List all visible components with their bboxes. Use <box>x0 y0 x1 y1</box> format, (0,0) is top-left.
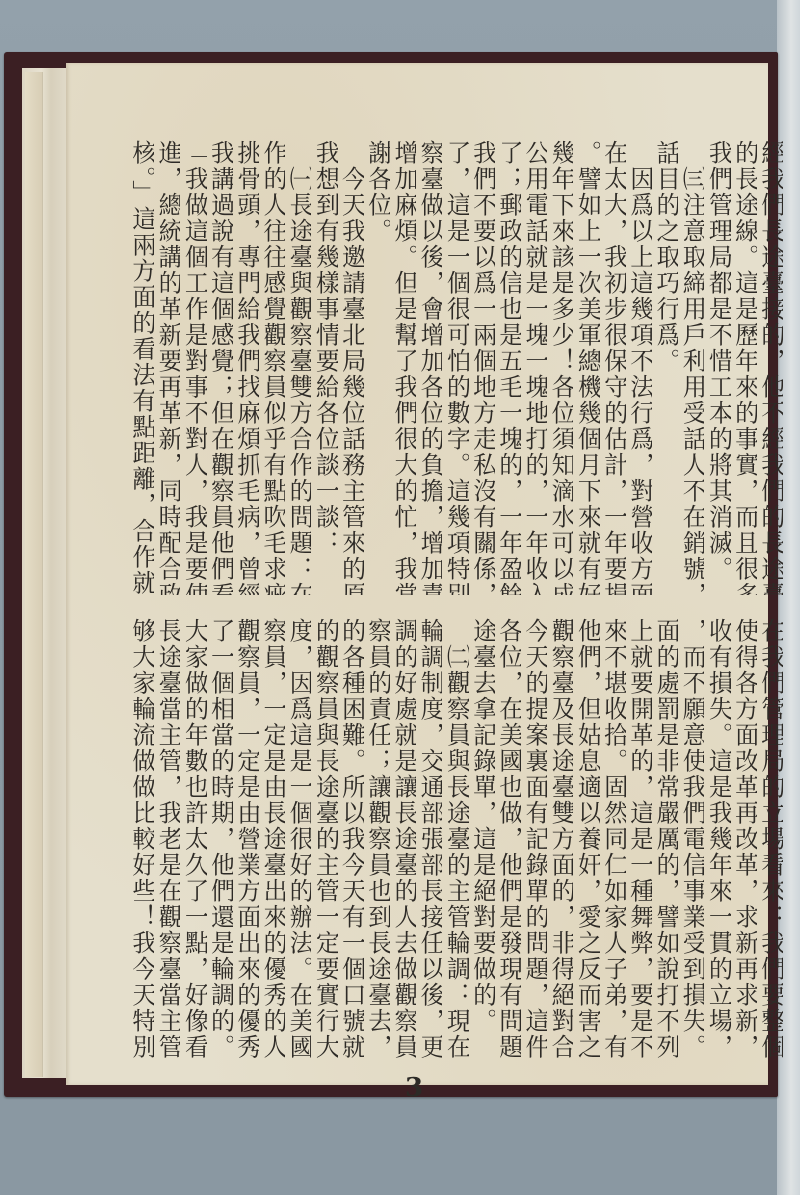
text-column: ㈢注意取締用戶利用受話人不在銷號，達成其通 <box>680 140 704 595</box>
text-column: 。譬如上一次美軍總機幾個月下來就有好幾百萬元， <box>575 140 599 595</box>
text-column: 今天我邀請臺北局幾位話務主管來的原因，因爲 <box>340 140 364 595</box>
text-column: 面的處罰是非常嚴厲的，譬如說打不列號電話這是馬 <box>654 618 678 1058</box>
text-column: 我們管理局都是不惜工本的將其消滅。 <box>706 140 730 595</box>
text-column: 輪調制度，交通部張部長接任以後，更力促實施。輪 <box>418 618 442 1058</box>
text-column: 核。」這兩方面的看法有點距離，合作就不够理想。 <box>130 140 154 595</box>
text-column: 我講過說有這個感覺；但在觀察員他們看來認爲是： <box>209 140 233 595</box>
text-column: 察臺做以後，會增加各位的負擔，增加責任，同時也 <box>418 140 442 595</box>
text-column: 增加麻煩。但是幫了我們很大的忙，我當然要特別感 <box>392 140 416 595</box>
text-column: ㈡觀察員與長途臺的主管輪調：現在政府正提倡 <box>444 618 468 1058</box>
page-body: 經我們長途臺接的，他不經我們的長途臺，而經他們 的長途線。這是歷年來的事實，而且… <box>128 140 783 1060</box>
text-column: 了；郵政的信也是五毛一塊的，一年盈餘多少！所以 <box>497 140 521 595</box>
text-column: 了一個相當的時期，他們還是輪調的。就我所知現在 <box>209 618 233 1058</box>
text-column: 觀察員，一定是由營業方面出來的優秀的人。但是做 <box>235 618 259 1058</box>
text-column: 進，總統講的革新要再革新，同時配合政府的管制考 <box>156 140 180 595</box>
text-column: 途臺去拿記錄單，這是絕對要做的。 <box>471 618 495 1058</box>
text-column: 在我們管理局的立場看來：我們要整個的事業進步， <box>759 618 783 1058</box>
text-column: 上就要開革的，這是一種舞弊，要是不馬上嚴辦，將 <box>628 618 652 1058</box>
text-column: 在太大，我初步很保守的估計，一年要損失幾千萬元 <box>602 140 626 595</box>
page-number: 3 <box>405 1073 423 1103</box>
text-column: 我們不要以爲一兩個地方走私沒有關係，一旦範圍大 <box>471 140 495 595</box>
text-column: ㈠長途臺與觀察臺雙方合作的問題：在長途臺工 <box>287 140 311 595</box>
text-column: 謝各位。 <box>366 140 390 595</box>
text-column: 察員，一定是由長途臺出來的優秀的人；營業方面的 <box>261 618 285 1058</box>
text-column: 話目的之取巧行爲。 <box>654 140 678 595</box>
flyleaf-edge <box>25 72 43 1077</box>
text-column: 的各種困難。所以我今天有一個口號就是：將來我們 <box>340 618 364 1058</box>
text-column: 收有損失。這是我幾年來一貫的立場，我寧願得罪人 <box>706 618 730 1058</box>
text-column: 了，這是一個很可怕的數字。這幾項特別任務交給觀 <box>444 140 468 595</box>
text-column: 來不堪收拾。固然同仁如家人子弟，有時會坦護姑息 <box>602 618 626 1058</box>
text-column: 度，因爲這是一個很好的辦法。在美國話務方面的觀 <box>287 618 311 1058</box>
text-column: 幾年下來該是多少！各位須知滴水可以成渠，我們的 <box>549 140 573 595</box>
text-column: 作的人往往感覺觀察員似乎有點吹毛求疵，鷄蛋裏面 <box>261 140 285 595</box>
text-column: 挑骨頭，專門給我們找麻煩抓毛病，曾經有人當面給 <box>235 140 259 595</box>
text-column: 調的好處就是讓長途臺的人去做觀察員，他就知道觀 <box>392 618 416 1058</box>
text-column: 够大家輪流做做比較好些！我今天特別請臺北局的主 <box>130 618 154 1058</box>
text-column: 使得各方面改革再改革，求新再求新，同時不能讓營 <box>733 618 757 1058</box>
text-column: 公用電話就是一塊一塊地打的，一年收入快要到一億 <box>523 140 547 595</box>
text-column: 長途臺當主管，我老是在觀察臺當主管，以後希望能 <box>156 618 180 1058</box>
text-column: 各位，在美國也做，他們是發現有問題的，馬上到長 <box>497 618 521 1058</box>
text-column: 因爲以上這幾項不法行爲，對營收方面的損失實 <box>628 140 652 595</box>
text-column: 今天的提案裏面有記錄單的問題，這件事我可以告訴 <box>523 618 547 1058</box>
text-column: 觀察臺及長途臺雙方面的，非得絕對合作不成。我看 <box>549 618 573 1058</box>
text-column: 察員的責任；讓觀察員也到長途臺去，就知道長途臺 <box>366 618 390 1058</box>
text-column: ，而不願意使我們電信事業受到損失。我對於這一方 <box>680 618 704 1058</box>
text-column: 「我做這個工作是對事不對人，我是要使得電信求改 <box>182 140 206 595</box>
text-column: 的觀察員與長途臺的主管一定要實行大家輪調工作制 <box>313 618 337 1058</box>
text-column: 我想到有幾樣事情要給各位談一談： <box>313 140 337 595</box>
text-column: 的長途線。這是歷年來的事實，而且很多，發覺以後 <box>733 140 757 595</box>
text-column: 大家做的年數也許太久了一點，好像看起來你老是在 <box>182 618 206 1058</box>
text-column: 經我們長途臺接的，他不經我們的長途臺，而經他們 <box>759 140 783 595</box>
lower-text-block: 在我們管理局的立場看來：我們要整個的事業進步， 使得各方面改革再改革，求新再求新… <box>128 618 783 1058</box>
upper-text-block: 經我們長途臺接的，他不經我們的長途臺，而經他們 的長途線。這是歷年來的事實，而且… <box>128 140 783 595</box>
text-column: 他們，但姑息適以養奸，愛之反而害之。這一工作是 <box>575 618 599 1058</box>
